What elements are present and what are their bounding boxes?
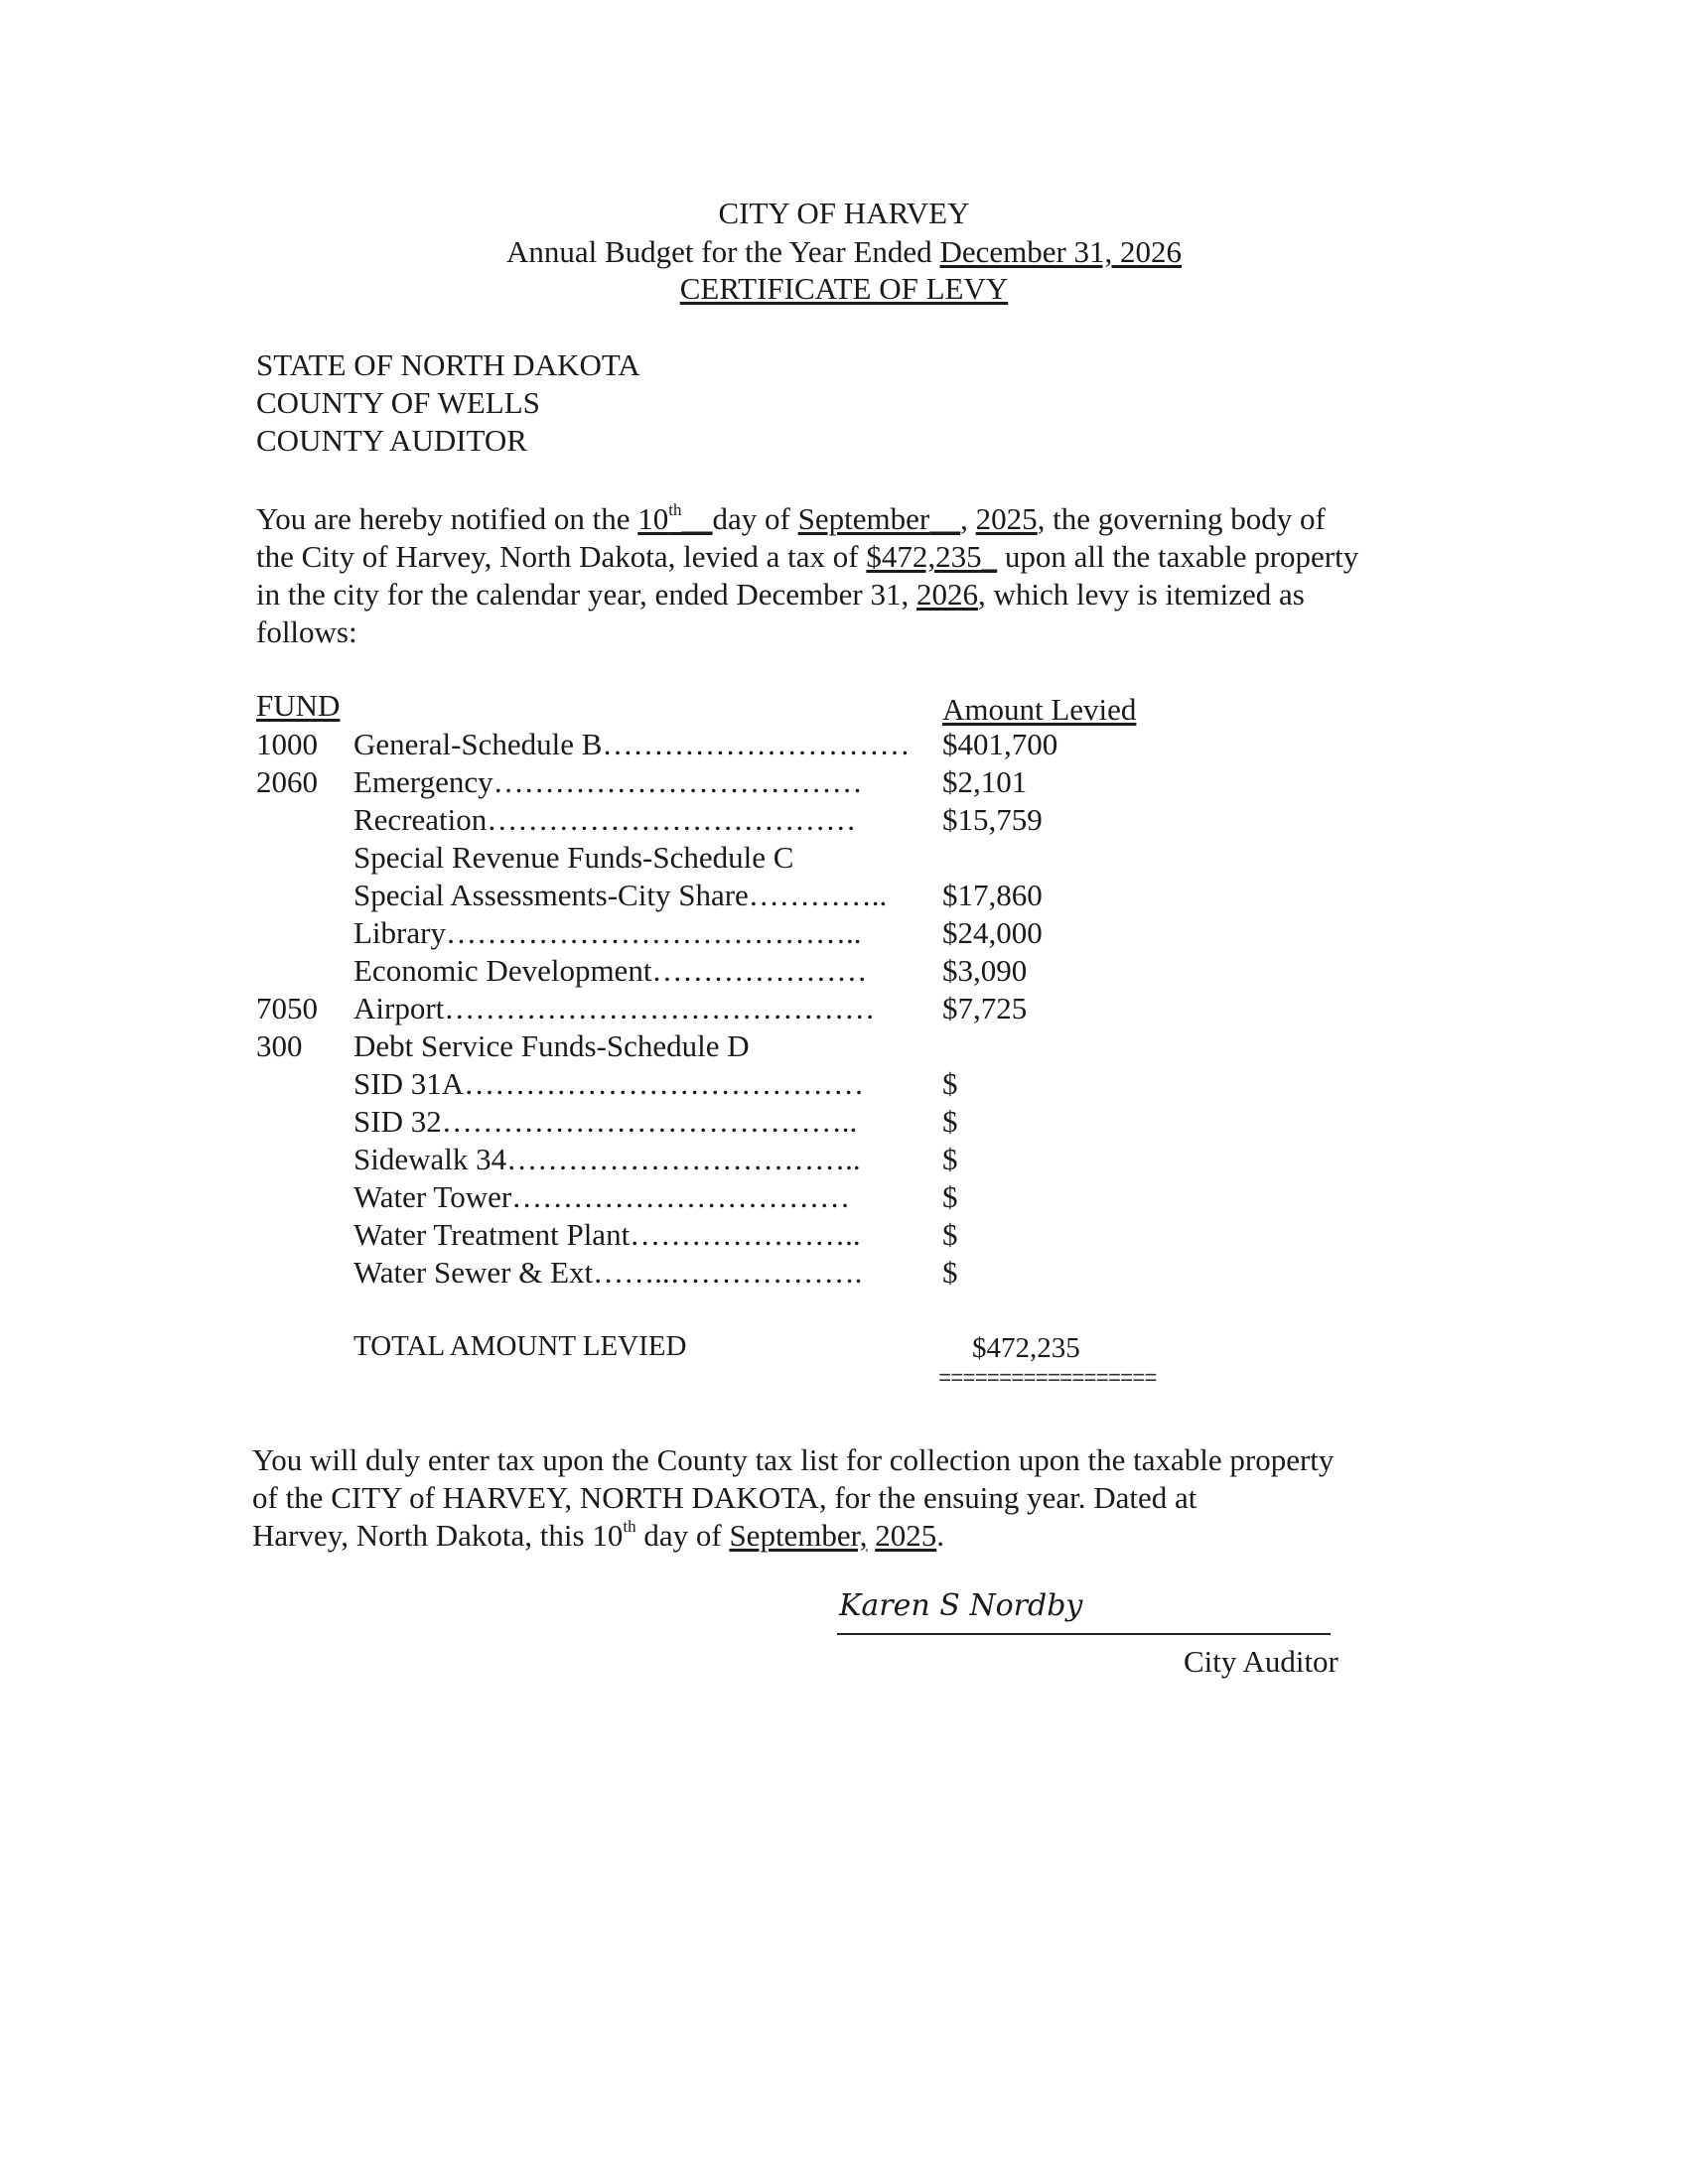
budget-line: Annual Budget for the Year Ended Decembe…	[0, 233, 1688, 271]
fund-description: Special Revenue Funds-Schedule C	[353, 839, 793, 877]
table-row: SID 31A………………………………… $	[256, 1065, 1348, 1103]
fund-description: General-Schedule B…………………………	[353, 726, 910, 763]
amount-levied: $	[942, 1254, 958, 1292]
notice-levy-year: 2026	[916, 577, 978, 612]
addressee-auditor: COUNTY AUDITOR	[256, 422, 527, 460]
table-row: 1000 General-Schedule B………………………… $401,7…	[256, 726, 1348, 763]
table-row: Economic Development………………… $3,090	[256, 952, 1348, 990]
addressee-state: STATE OF NORTH DAKOTA	[256, 346, 640, 384]
fund-description: SID 31A…………………………………	[353, 1065, 864, 1103]
closing-line-2: of the CITY of HARVEY, NORTH DAKOTA, for…	[252, 1479, 1196, 1517]
table-row: Recreation……………………………… $15,759	[256, 801, 1348, 839]
budget-line-prefix: Annual Budget for the Year Ended	[506, 234, 940, 269]
amount-levied: $17,860	[942, 877, 1043, 914]
fund-description: SID 32…………………………………..	[353, 1103, 857, 1141]
table-row: 300 Debt Service Funds-Schedule D	[256, 1027, 1348, 1065]
notice-month: September__	[798, 501, 961, 536]
closing-year: 2025	[875, 1518, 936, 1553]
fund-description: Recreation………………………………	[353, 801, 856, 839]
notice-text: day of	[713, 501, 798, 536]
amount-levied: $	[942, 1141, 958, 1178]
fund-description: Debt Service Funds-Schedule D	[353, 1027, 750, 1065]
notice-amount: $472,235_	[866, 539, 997, 574]
amount-levied: $2,101	[942, 763, 1027, 801]
amount-levied: $	[942, 1065, 958, 1103]
amount-levied: $15,759	[942, 801, 1043, 839]
fund-description: Library…………………………………..	[353, 914, 861, 952]
page-title: CERTIFICATE OF LEVY	[0, 270, 1688, 308]
notice-line-3: in the city for the calendar year, ended…	[256, 576, 1305, 614]
amount-levied: $401,700	[942, 726, 1057, 763]
notice-line-4: follows:	[256, 614, 357, 651]
amount-levied: $7,725	[942, 990, 1027, 1027]
certificate-title: CERTIFICATE OF LEVY	[680, 271, 1009, 306]
closing-line-3: Harvey, North Dakota, this 10th day of S…	[252, 1517, 944, 1555]
fund-number: 1000	[256, 726, 318, 763]
table-row: Special Assessments-City Share………….. $17…	[256, 877, 1348, 914]
table-row: Sidewalk 34…………………………….. $	[256, 1141, 1348, 1178]
amount-levied: $24,000	[942, 914, 1043, 952]
fund-number: 7050	[256, 990, 318, 1027]
notice-text: You are hereby notified on the	[256, 501, 637, 536]
amount-levied: $3,090	[942, 952, 1027, 990]
table-row: Water Treatment Plant………………….. $	[256, 1216, 1348, 1254]
total-double-rule: ==================	[938, 1373, 1157, 1387]
closing-line-1: You will duly enter tax upon the County …	[252, 1441, 1334, 1479]
total-label: TOTAL AMOUNT LEVIED	[353, 1327, 686, 1365]
table-row: Water Tower…………………………… $	[256, 1178, 1348, 1216]
signer-title: City Auditor	[1184, 1643, 1338, 1681]
signature-line	[837, 1633, 1331, 1635]
amount-levied: $	[942, 1216, 958, 1254]
amount-levied: $	[942, 1178, 958, 1216]
fund-description: Airport……………………………………	[353, 990, 875, 1027]
table-row: Library………………………………….. $24,000	[256, 914, 1348, 952]
table-row: 7050 Airport…………………………………… $7,725	[256, 990, 1348, 1027]
notice-line-1: You are hereby notified on the 10th__day…	[256, 500, 1326, 538]
table-row: Special Revenue Funds-Schedule C	[256, 839, 1348, 877]
fund-column-header: FUND	[256, 687, 340, 725]
fund-description: Sidewalk 34……………………………..	[353, 1141, 861, 1178]
budget-year-end: December 31, 2026	[939, 234, 1182, 269]
fund-description: Water Sewer & Ext……..……………….	[353, 1254, 862, 1292]
fund-number: 300	[256, 1027, 303, 1065]
table-row: SID 32………………………………….. $	[256, 1103, 1348, 1141]
fund-description: Economic Development…………………	[353, 952, 867, 990]
notice-day: 10th__	[637, 501, 712, 536]
table-row: 2060 Emergency……………………………… $2,101	[256, 763, 1348, 801]
amount-column-header: Amount Levied	[942, 691, 1136, 729]
addressee-county: COUNTY OF WELLS	[256, 384, 540, 422]
fund-description: Special Assessments-City Share…………..	[353, 877, 887, 914]
fund-description: Water Tower……………………………	[353, 1178, 850, 1216]
table-row: Water Sewer & Ext……..………………. $	[256, 1254, 1348, 1292]
closing-month: September,	[729, 1518, 867, 1553]
amount-levied: $	[942, 1103, 958, 1141]
fund-description: Water Treatment Plant…………………..	[353, 1216, 861, 1254]
fund-number: 2060	[256, 763, 318, 801]
total-amount: $472,235	[972, 1329, 1080, 1367]
signature: Karen S Nordby	[839, 1588, 1082, 1623]
notice-line-2: the City of Harvey, North Dakota, levied…	[256, 538, 1358, 576]
notice-year: 2025	[976, 501, 1038, 536]
fund-description: Emergency………………………………	[353, 763, 863, 801]
city-name: CITY OF HARVEY	[0, 195, 1688, 232]
